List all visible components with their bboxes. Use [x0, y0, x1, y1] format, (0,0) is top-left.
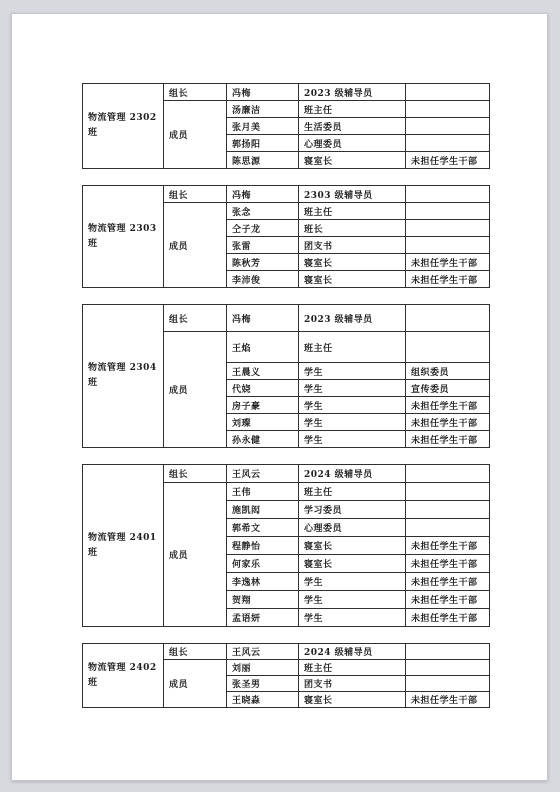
position-cell: 寝室长 — [299, 152, 406, 169]
position-cell: 寝室长 — [299, 271, 406, 288]
note-cell: 组织委员 — [406, 363, 490, 380]
member-name-cell: 王风云 — [227, 465, 299, 483]
note-cell — [406, 465, 490, 483]
members-label-cell: 成员 — [164, 660, 227, 708]
leader-row: 物流管理 2402 班组长王风云2024 级辅导员 — [83, 644, 490, 660]
member-name-cell: 何家乐 — [227, 555, 299, 573]
note-cell — [406, 135, 490, 152]
class-name-cell: 物流管理 2402 班 — [83, 644, 164, 708]
member-name-cell: 王风云 — [227, 644, 299, 660]
note-cell: 未担任学生干部 — [406, 537, 490, 555]
position-cell: 寝室长 — [299, 254, 406, 271]
note-cell — [406, 237, 490, 254]
member-name-cell: 王焰 — [227, 332, 299, 363]
member-name-cell: 汤廉洁 — [227, 101, 299, 118]
tables-container: 物流管理 2302 班组长冯梅2023 级辅导员成员汤廉洁班主任张月美生活委员郭… — [82, 83, 490, 724]
note-cell: 未担任学生干部 — [406, 555, 490, 573]
position-cell: 寝室长 — [299, 555, 406, 573]
position-cell: 寝室长 — [299, 537, 406, 555]
position-cell: 学习委员 — [299, 501, 406, 519]
leader-label-cell: 组长 — [164, 305, 227, 332]
leader-label-cell: 组长 — [164, 186, 227, 203]
member-name-cell: 程静怡 — [227, 537, 299, 555]
position-cell: 班主任 — [299, 660, 406, 676]
note-cell — [406, 186, 490, 203]
member-name-cell: 冯梅 — [227, 186, 299, 203]
position-cell: 学生 — [299, 431, 406, 448]
member-name-cell: 张月美 — [227, 118, 299, 135]
member-name-cell: 仝子龙 — [227, 220, 299, 237]
note-cell: 未担任学生干部 — [406, 573, 490, 591]
note-cell: 未担任学生干部 — [406, 414, 490, 431]
class-name-cell: 物流管理 2401 班 — [83, 465, 164, 627]
member-name-cell: 陈秋芳 — [227, 254, 299, 271]
position-cell: 寝室长 — [299, 692, 406, 708]
members-label-cell: 成员 — [164, 483, 227, 627]
member-name-cell: 代娆 — [227, 380, 299, 397]
note-cell: 未担任学生干部 — [406, 271, 490, 288]
position-cell: 学生 — [299, 397, 406, 414]
note-cell — [406, 660, 490, 676]
position-cell: 班主任 — [299, 483, 406, 501]
class-roster-table-5: 物流管理 2402 班组长王风云2024 级辅导员成员刘丽班主任张圣男团支书王晓… — [82, 643, 490, 708]
member-name-cell: 李沛俊 — [227, 271, 299, 288]
note-cell: 未担任学生干部 — [406, 152, 490, 169]
note-cell: 未担任学生干部 — [406, 431, 490, 448]
member-name-cell: 郭希文 — [227, 519, 299, 537]
note-cell — [406, 501, 490, 519]
position-cell: 学生 — [299, 591, 406, 609]
note-cell — [406, 332, 490, 363]
member-name-cell: 施凯闳 — [227, 501, 299, 519]
position-cell: 2024 级辅导员 — [299, 644, 406, 660]
note-cell: 未担任学生干部 — [406, 692, 490, 708]
position-cell: 心理委员 — [299, 519, 406, 537]
class-roster-table-4: 物流管理 2401 班组长王风云2024 级辅导员成员王伟班主任施凯闳学习委员郭… — [82, 464, 490, 627]
note-cell: 未担任学生干部 — [406, 397, 490, 414]
note-cell — [406, 203, 490, 220]
position-cell: 班主任 — [299, 101, 406, 118]
position-cell: 团支书 — [299, 676, 406, 692]
member-name-cell: 王伟 — [227, 483, 299, 501]
document-page: 物流管理 2302 班组长冯梅2023 级辅导员成员汤廉洁班主任张月美生活委员郭… — [11, 13, 548, 781]
leader-label-cell: 组长 — [164, 84, 227, 101]
note-cell — [406, 101, 490, 118]
class-name-cell: 物流管理 2302 班 — [83, 84, 164, 169]
note-cell — [406, 676, 490, 692]
leader-row: 物流管理 2302 班组长冯梅2023 级辅导员 — [83, 84, 490, 101]
note-cell: 未担任学生干部 — [406, 609, 490, 627]
position-cell: 2303 级辅导员 — [299, 186, 406, 203]
position-cell: 学生 — [299, 414, 406, 431]
class-roster-table-1: 物流管理 2302 班组长冯梅2023 级辅导员成员汤廉洁班主任张月美生活委员郭… — [82, 83, 490, 169]
position-cell: 学生 — [299, 363, 406, 380]
class-name-cell: 物流管理 2304 班 — [83, 305, 164, 448]
member-name-cell: 张圣男 — [227, 676, 299, 692]
member-name-cell: 孙永健 — [227, 431, 299, 448]
position-cell: 生活委员 — [299, 118, 406, 135]
member-name-cell: 李逸林 — [227, 573, 299, 591]
class-roster-table-2: 物流管理 2303 班组长冯梅2303 级辅导员成员张念班主任仝子龙班长张雷团支… — [82, 185, 490, 288]
leader-row: 物流管理 2303 班组长冯梅2303 级辅导员 — [83, 186, 490, 203]
member-name-cell: 贺翔 — [227, 591, 299, 609]
leader-row: 物流管理 2304 班组长冯梅2023 级辅导员 — [83, 305, 490, 332]
members-label-cell: 成员 — [164, 101, 227, 169]
leader-label-cell: 组长 — [164, 465, 227, 483]
members-label-cell: 成员 — [164, 332, 227, 448]
note-cell — [406, 519, 490, 537]
member-name-cell: 王晨义 — [227, 363, 299, 380]
position-cell: 2023 级辅导员 — [299, 84, 406, 101]
position-cell: 2024 级辅导员 — [299, 465, 406, 483]
position-cell: 班长 — [299, 220, 406, 237]
member-name-cell: 张雷 — [227, 237, 299, 254]
position-cell: 学生 — [299, 380, 406, 397]
class-name-cell: 物流管理 2303 班 — [83, 186, 164, 288]
note-cell: 未担任学生干部 — [406, 591, 490, 609]
leader-row: 物流管理 2401 班组长王风云2024 级辅导员 — [83, 465, 490, 483]
member-name-cell: 刘丽 — [227, 660, 299, 676]
note-cell — [406, 118, 490, 135]
position-cell: 班主任 — [299, 332, 406, 363]
member-name-cell: 刘璨 — [227, 414, 299, 431]
note-cell — [406, 84, 490, 101]
member-name-cell: 孟语妍 — [227, 609, 299, 627]
leader-label-cell: 组长 — [164, 644, 227, 660]
position-cell: 团支书 — [299, 237, 406, 254]
member-name-cell: 陈思源 — [227, 152, 299, 169]
position-cell: 学生 — [299, 573, 406, 591]
class-roster-table-3: 物流管理 2304 班组长冯梅2023 级辅导员成员王焰班主任王晨义学生组织委员… — [82, 304, 490, 448]
member-name-cell: 冯梅 — [227, 84, 299, 101]
member-name-cell: 王晓淼 — [227, 692, 299, 708]
member-name-cell: 张念 — [227, 203, 299, 220]
position-cell: 2023 级辅导员 — [299, 305, 406, 332]
note-cell — [406, 220, 490, 237]
position-cell: 心理委员 — [299, 135, 406, 152]
note-cell — [406, 644, 490, 660]
member-name-cell: 房子豪 — [227, 397, 299, 414]
members-label-cell: 成员 — [164, 203, 227, 288]
member-name-cell: 冯梅 — [227, 305, 299, 332]
member-name-cell: 郭扬阳 — [227, 135, 299, 152]
position-cell: 班主任 — [299, 203, 406, 220]
note-cell — [406, 483, 490, 501]
position-cell: 学生 — [299, 609, 406, 627]
note-cell: 宣传委员 — [406, 380, 490, 397]
note-cell — [406, 305, 490, 332]
note-cell: 未担任学生干部 — [406, 254, 490, 271]
